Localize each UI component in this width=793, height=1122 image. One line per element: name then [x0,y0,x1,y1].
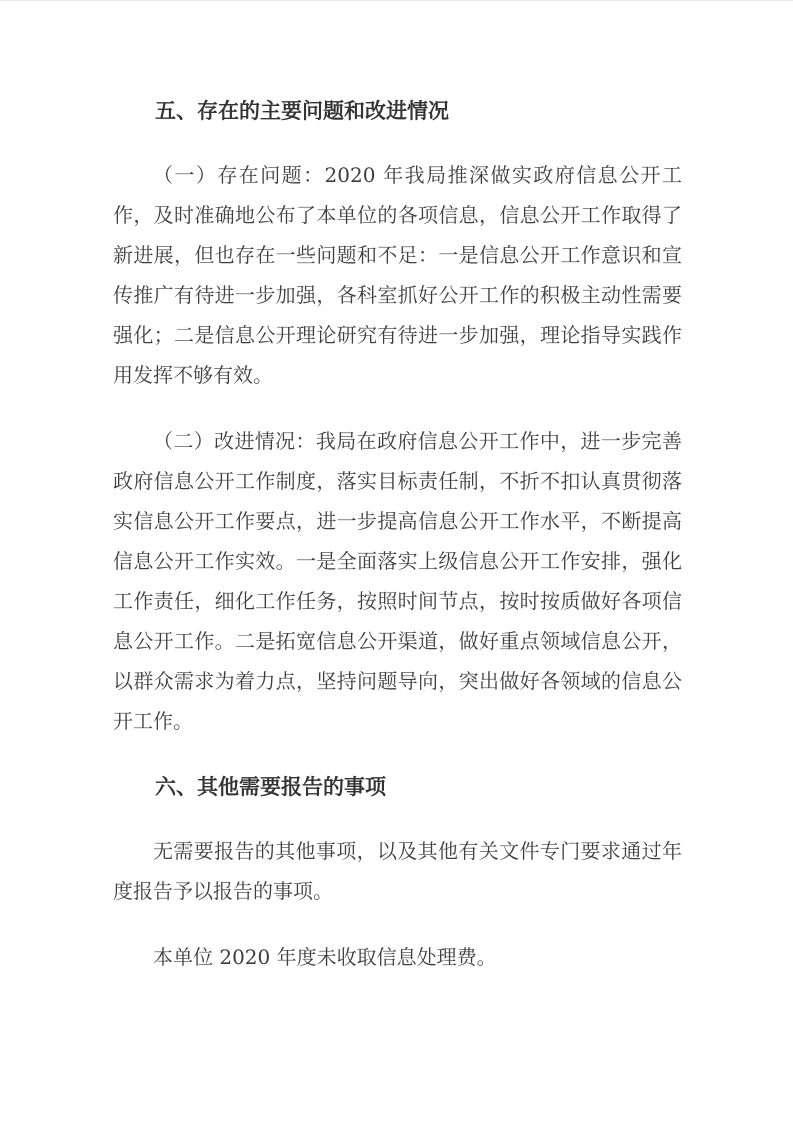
section-5-heading: 五、存在的主要问题和改进情况 [113,91,682,133]
document-page: 五、存在的主要问题和改进情况 （一）存在问题：2020 年我局推深做实政府信息公… [0,0,793,1122]
section-6-paragraph-other-matters: 无需要报告的其他事项，以及其他有关文件专门要求通过年度报告予以报告的事项。 [113,831,682,911]
section-6-paragraph-no-fees: 本单位 2020 年度未收取信息处理费。 [113,937,682,977]
section-6-heading: 六、其他需要报告的事项 [113,767,682,809]
section-5-paragraph-improvements: （二）改进情况：我局在政府信息公开工作中，进一步完善政府信息公开工作制度，落实目… [113,421,682,741]
section-5-paragraph-problems: （一）存在问题：2020 年我局推深做实政府信息公开工作，及时准确地公布了本单位… [113,155,682,395]
